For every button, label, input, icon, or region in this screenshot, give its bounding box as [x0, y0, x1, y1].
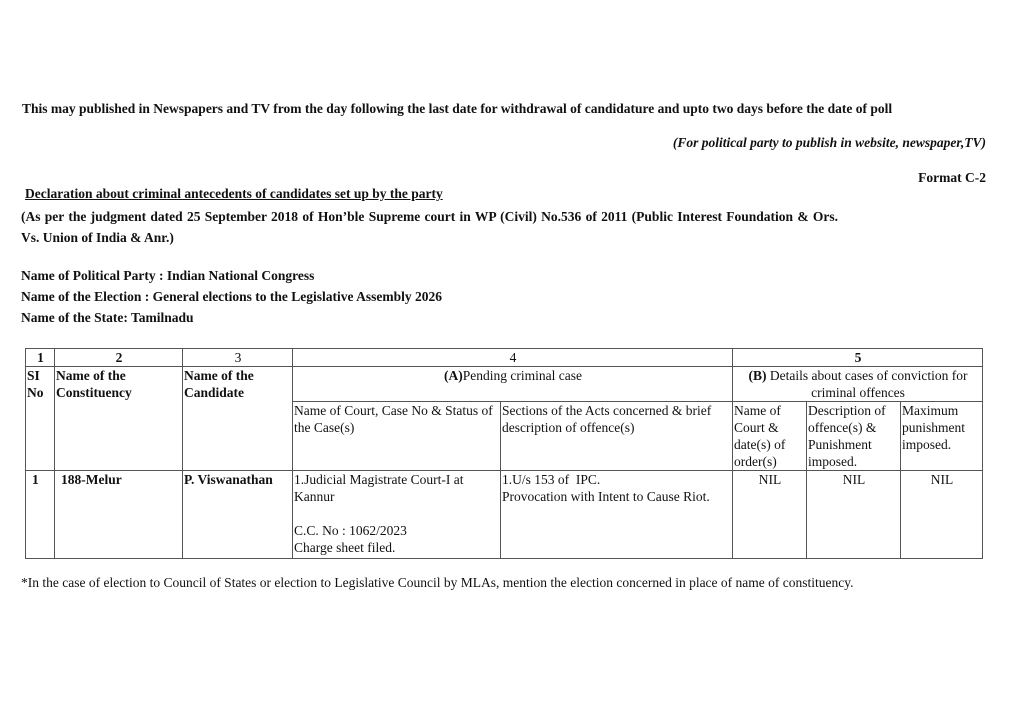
header-constituency: Name of the Constituency — [55, 367, 183, 471]
publish-instruction: (For political party to publish in websi… — [673, 135, 986, 151]
subheader-court-date: Name of Court & date(s) of order(s) — [733, 402, 807, 471]
table-row: 1 188-Melur P. Viswanathan 1.Judicial Ma… — [26, 471, 983, 559]
cell-sl-no: 1 — [26, 471, 55, 559]
state-name: Name of the State: Tamilnadu — [21, 310, 194, 326]
subheader-description: Description of offence(s) & Punishment i… — [807, 402, 901, 471]
subheader-max-punishment: Maximum punishment imposed. — [901, 402, 983, 471]
header-pending-case: (A)Pending criminal case — [293, 367, 733, 402]
header-row: SI No Name of the Constituency Name of t… — [26, 367, 983, 402]
cell-sections: 1.U/s 153 of IPC. Provocation with Inten… — [501, 471, 733, 559]
column-number-row: 1 2 3 4 5 — [26, 349, 983, 367]
subheader-court-case: Name of Court, Case No & Status of the C… — [293, 402, 501, 471]
col-number: 3 — [183, 349, 293, 367]
party-name: Name of Political Party : Indian Nationa… — [21, 268, 314, 284]
declaration-title: Declaration about criminal antecedents o… — [25, 186, 443, 202]
cell-court-case: 1.Judicial Magistrate Court-I at Kannur … — [293, 471, 501, 559]
cell-description: NIL — [807, 471, 901, 559]
judgment-note: (As per the judgment dated 25 September … — [21, 206, 838, 248]
col-number: 5 — [733, 349, 983, 367]
subheader-sections: Sections of the Acts concerned & brief d… — [501, 402, 733, 471]
col-number: 1 — [26, 349, 55, 367]
cell-court-date: NIL — [733, 471, 807, 559]
cell-constituency: 188-Melur — [55, 471, 183, 559]
header-sl-no: SI No — [26, 367, 55, 471]
cell-max-punishment: NIL — [901, 471, 983, 559]
header-candidate: Name of the Candidate — [183, 367, 293, 471]
cell-candidate: P. Viswanathan — [183, 471, 293, 559]
format-label: Format C-2 — [918, 170, 986, 186]
criminal-antecedents-table: 1 2 3 4 5 SI No Name of the Constituency… — [25, 348, 983, 559]
header-conviction: (B) Details about cases of conviction fo… — [733, 367, 983, 402]
col-number: 2 — [55, 349, 183, 367]
col-number: 4 — [293, 349, 733, 367]
publication-notice: This may published in Newspapers and TV … — [22, 101, 902, 117]
footnote: *In the case of election to Council of S… — [21, 574, 881, 591]
election-name: Name of the Election : General elections… — [21, 289, 442, 305]
